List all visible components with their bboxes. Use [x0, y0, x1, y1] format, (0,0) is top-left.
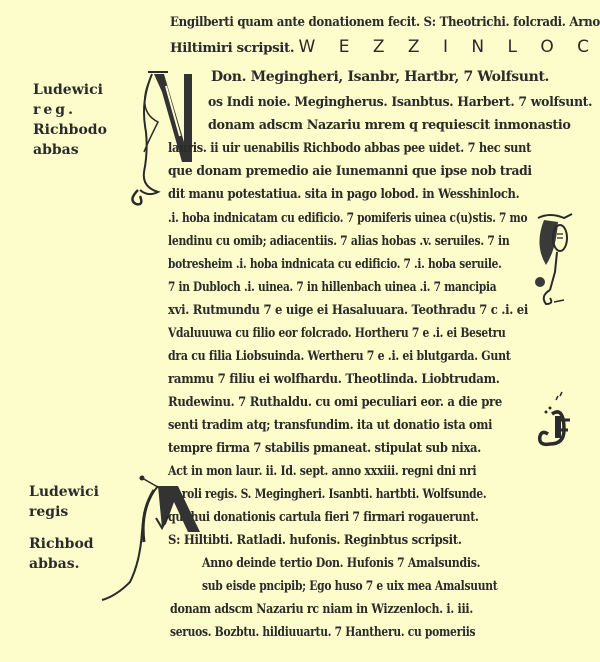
marginal-note-top: Ludewici reg. Richbodo abbas	[33, 80, 107, 160]
marginal-note-line: regis	[29, 502, 99, 522]
marginal-note-line: abbas	[33, 140, 107, 160]
decorated-initial-a-icon	[96, 472, 206, 602]
marginal-note-line: Richbod	[29, 534, 99, 554]
charter-one-line: Don. Megingheri, Isanbr, Hartbr, 7 Wolfs…	[211, 69, 549, 85]
manuscript-page: Engilberti quam ante donationem fecit. S…	[0, 0, 600, 662]
charter-one-line: S: Hiltibti. Ratladi. hufonis. Reginbtus…	[168, 532, 462, 548]
charter-one-line: Act in mon laur. ii. Id. sept. anno xxxi…	[168, 463, 476, 479]
charter-one-line: lauris. ii uir uenabilis Richbodo abbas …	[168, 140, 531, 156]
marginal-note-line: Ludewici	[29, 482, 99, 502]
charter-one-line: rammu 7 filiu ei wolfhardu. Theotlinda. …	[168, 371, 500, 387]
charter-one-line: 7 in Dubloch .i. uinea. 7 in hillenbach …	[168, 279, 496, 295]
charter-two-line: Anno deinde tertio Don. Hufonis 7 Amalsu…	[202, 555, 480, 571]
heading-scribe: Hiltimiri scripsit.	[170, 40, 294, 56]
charter-one-line: que donam premedio aie Iunemanni que ips…	[168, 163, 532, 179]
charter-one-line: Vdaluuuwa cu filio eor folcrado. Horther…	[168, 325, 506, 341]
charter-one-line: qui hui donationis cartula fieri 7 firma…	[168, 509, 479, 525]
charter-one-line: Rudewinu. 7 Ruthaldu. cu omi peculiari e…	[168, 394, 502, 410]
charter-one-line: .i. hoba indnicatam cu edificio. 7 pomif…	[168, 210, 527, 226]
charter-one-line: lendinu cu omib; adiacentiis. 7 alias ho…	[168, 233, 510, 249]
charter-one-line: donam adscm Nazariu mrem q requiescit in…	[208, 117, 571, 133]
charter-one-line: xvi. Rutmundu 7 e uige ei Hasaluuara. Te…	[168, 302, 528, 318]
marginal-ornament-icon	[530, 210, 590, 310]
marginal-note-line: reg.	[33, 100, 107, 120]
charter-one-line: dit manu potestatiua. sita in pago lobod…	[168, 186, 519, 202]
charter-one-line: os Indi noie. Megingherus. Isanbtus. Har…	[208, 94, 592, 110]
charter-one-line: tempre firma 7 stabilis pmaneat. stipula…	[168, 440, 481, 456]
charter-two-line: sub eisde pncipib; Ego huso 7 e uix mea …	[202, 578, 497, 594]
charter-one-line: senti tradim atq; transfundim. ita ut do…	[168, 417, 492, 433]
charter-one-line: karoli regis. S. Megingheri. Isanbti. ha…	[168, 486, 486, 502]
charter-one-line: dra cu filia Liobsuinda. Wertheru 7 e .i…	[168, 348, 511, 364]
charter-one-line: botresheim .i. hoba indnicata cu edifici…	[168, 256, 501, 272]
marginal-note-bottom: Ludewici regis Richbod abbas.	[29, 482, 99, 574]
charter-two-line: seruos. Bozbtu. hildiuuartu. 7 Hantheru.…	[170, 624, 475, 640]
heading-line-1: Engilberti quam ante donationem fecit. S…	[170, 14, 600, 30]
charter-two-line: donam adscm Nazariu rc niam in Wizzenloc…	[170, 601, 473, 617]
heading-line-2: Hiltimiri scripsit. W E Z Z I N L O C H	[170, 37, 600, 57]
runic-place-name: W E Z Z I N L O C H	[299, 37, 600, 57]
marginal-note-line: Ludewici	[33, 80, 107, 100]
marginal-letter-f-icon	[530, 390, 580, 460]
marginal-note-line: Richbodo	[33, 120, 107, 140]
marginal-note-line: abbas.	[29, 554, 99, 574]
